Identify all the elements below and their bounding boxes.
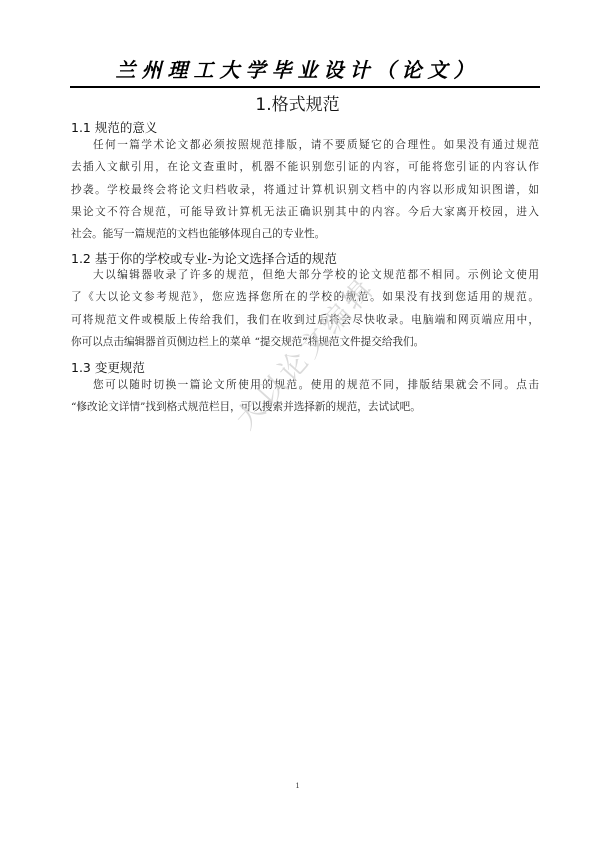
paragraph-line: “修改论文详情”找到格式规范栏目，可以搜索并选择新的规范，去试试吧。: [71, 396, 539, 418]
paragraph-line: 了《大以论文参考规范》，您应选择您所在的学校的规范。如果没有找到您适用的规范。: [71, 286, 539, 308]
paragraph-line: 任何一篇学术论文都必须按照规范排版，请不要质疑它的合理性。如果没有通过规范: [71, 134, 539, 156]
chapter-title: 1.格式规范: [0, 90, 595, 115]
paragraph-line: 社会。能写一篇规范的文档也能够体现自己的专业性。: [71, 223, 539, 245]
paragraph-line: 抄袭。学校最终会将论文归档收录，将通过计算机识别文档中的内容以形成知识图谱，如: [71, 179, 539, 201]
page-number: 1: [0, 781, 595, 790]
paragraph-line: 去插入文献引用，在论文查重时，机器不能识别您引证的内容，可能将您引证的内容认作: [71, 156, 539, 178]
paragraph-line: 果论文不符合规范，可能导致计算机无法正确识别其中的内容。今后大家离开校园，进入: [71, 201, 539, 223]
section-1-1-paragraph: 任何一篇学术论文都必须按照规范排版，请不要质疑它的合理性。如果没有通过规范 去插…: [71, 134, 539, 245]
document-header-title: 兰州理工大学毕业设计（论文）: [0, 54, 595, 83]
header-rule: [70, 86, 540, 88]
paragraph-line: 大以编辑器收录了许多的规范，但绝大部分学校的论文规范都不相同。示例论文使用: [71, 264, 539, 286]
